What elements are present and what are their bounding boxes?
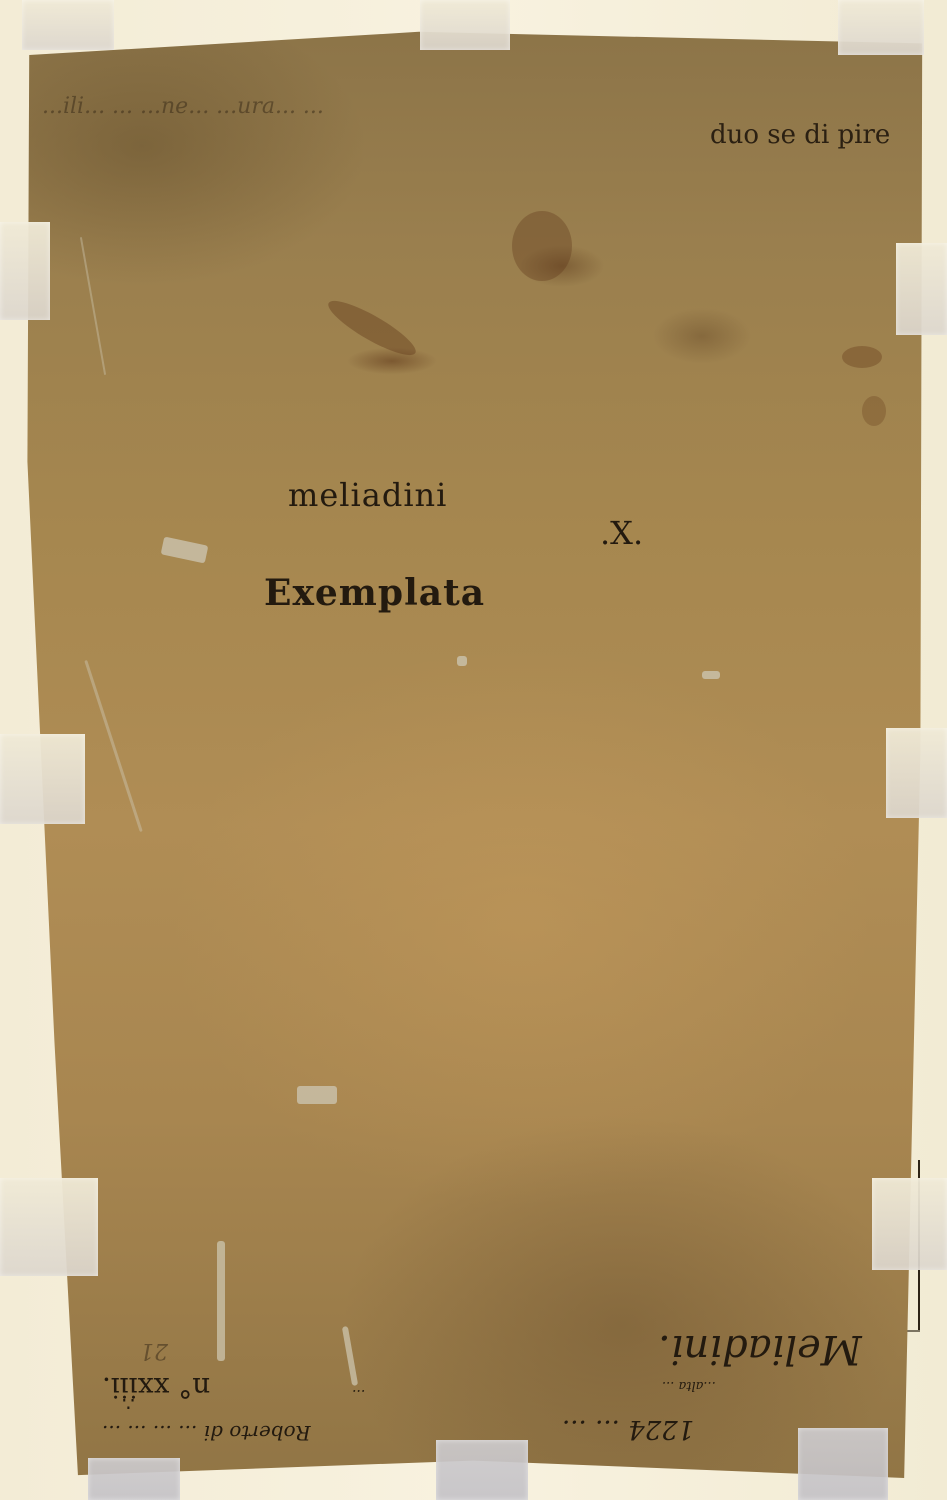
stain (512, 211, 572, 281)
tape-strip-left-2 (0, 734, 85, 824)
archive-number: n° xxiii. (102, 1371, 210, 1404)
tape-strip-right-2 (886, 728, 947, 818)
parchment-sheet: ...ili... ... ...ne... ...ura... ... duo… (22, 26, 924, 1478)
tape-strip-bottom-right (798, 1428, 888, 1500)
stain (842, 346, 882, 368)
tape-strip-right-1 (896, 243, 947, 335)
crease-line (80, 237, 106, 375)
exemplata-inscription: Exemplata (264, 572, 485, 614)
archive-dots: ∴ (122, 1392, 135, 1416)
crease-line (84, 660, 142, 832)
tape-strip-top-left (22, 0, 114, 50)
top-right-inscription: duo se di pire (710, 120, 890, 150)
stain (323, 293, 422, 364)
pencil-number: 21 (140, 1338, 168, 1363)
upside-small-note: ...alta ... (662, 1378, 716, 1393)
tape-strip-right-3 (872, 1178, 947, 1270)
upside-middle-line: Roberto di ... ... ... ... (102, 1421, 311, 1445)
upside-small-note-2: ... (352, 1386, 365, 1402)
tear (161, 537, 209, 564)
tear (702, 671, 720, 679)
numeral-x-mark: .X. (600, 514, 643, 552)
tape-strip-top-center (420, 0, 510, 50)
tape-strip-bottom-center (436, 1440, 528, 1500)
faded-top-inscription: ...ili... ... ...ne... ...ura... ... (42, 94, 324, 119)
tape-strip-top-right (838, 0, 924, 55)
tape-strip-left-1 (0, 222, 50, 320)
crease-line (342, 1326, 358, 1386)
upside-date-line: 1224 ... ... (562, 1414, 694, 1444)
stain (862, 396, 886, 426)
tear (297, 1086, 337, 1104)
meliadini-upside-title: Meliadini. (658, 1326, 862, 1372)
crease-line (217, 1241, 225, 1361)
tape-strip-bottom-left (88, 1458, 180, 1500)
tear (457, 656, 467, 666)
meliadini-inscription: meliadini (288, 476, 447, 514)
tape-strip-left-3 (0, 1178, 98, 1276)
